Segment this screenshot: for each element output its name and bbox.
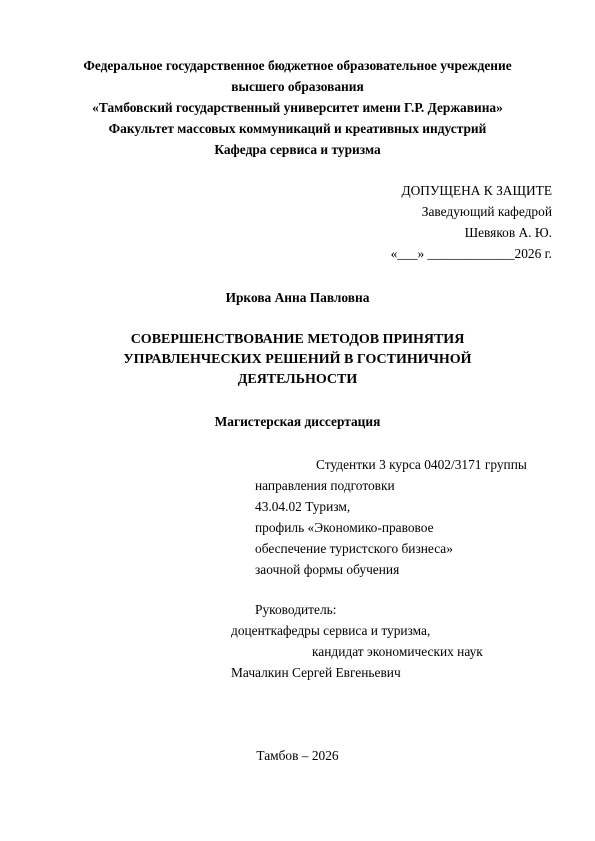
approval-status: ДОПУЩЕНА К ЗАЩИТЕ (401, 183, 552, 199)
approval-name: Шевяков А. Ю. (465, 225, 552, 241)
student-info-line: заочной формы обучения (255, 562, 399, 578)
thesis-title-line: ДЕЯТЕЛЬНОСТИ (0, 372, 595, 388)
approval-position: Заведующий кафедрой (422, 204, 552, 220)
department-name: Кафедра сервиса и туризма (0, 142, 595, 158)
supervisor-degree: кандидат экономических наук (312, 644, 483, 660)
city-year: Тамбов – 2026 (0, 748, 595, 764)
thesis-title-line: УПРАВЛЕНЧЕСКИХ РЕШЕНИЙ В ГОСТИНИЧНОЙ (0, 352, 595, 368)
supervisor-position: доценткафедры сервиса и туризма, (231, 623, 430, 639)
supervisor-label: Руководитель: (255, 602, 337, 618)
thesis-title-line: СОВЕРШЕНСТВОВАНИЕ МЕТОДОВ ПРИНЯТИЯ (0, 332, 595, 348)
supervisor-name: Мачалкин Сергей Евгеньевич (231, 665, 401, 681)
student-info-line: обеспечение туристского бизнеса» (255, 541, 453, 557)
student-info-line: направления подготовки (255, 478, 395, 494)
student-info-line: 43.04.02 Туризм, (255, 499, 350, 515)
institution-line: высшего образования (0, 79, 595, 95)
author-name: Иркова Анна Павловна (0, 290, 595, 306)
student-group: Студентки 3 курса 0402/3171 группы (316, 457, 527, 473)
approval-date: «___» _____________2026 г. (391, 246, 552, 262)
work-type: Магистерская диссертация (0, 414, 595, 430)
student-info-line: профиль «Экономико-правовое (255, 520, 434, 536)
university-name: «Тамбовский государственный университет … (0, 100, 595, 116)
faculty-name: Факультет массовых коммуникаций и креати… (0, 121, 595, 137)
institution-line: Федеральное государственное бюджетное об… (0, 58, 595, 74)
